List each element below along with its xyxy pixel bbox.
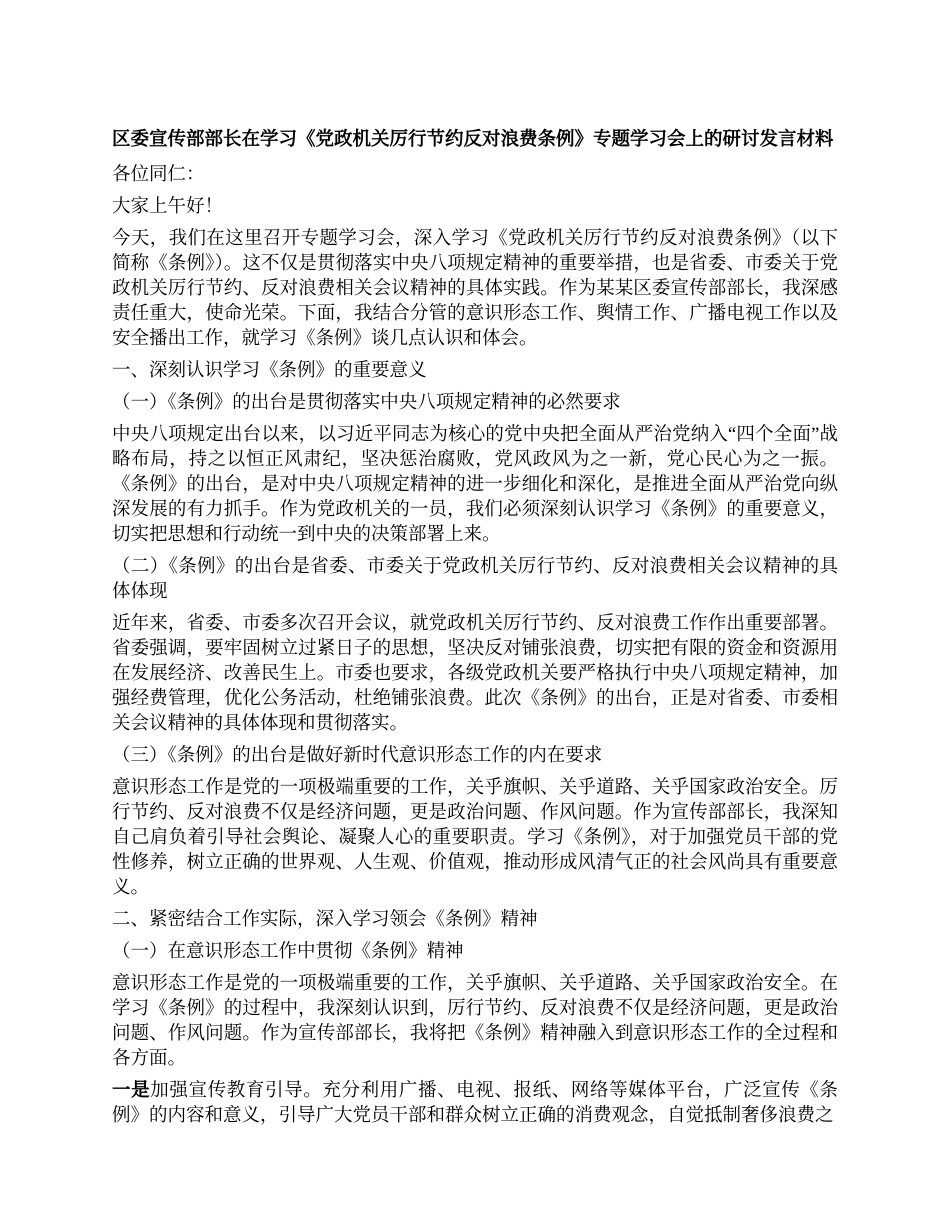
- document-page: 区委宣传部部长在学习《党政机关厉行节约反对浪费条例》专题学习会上的研讨发言材料 …: [0, 0, 950, 1230]
- point1-text: 加强宣传教育引导。充分利用广播、电视、报纸、网络等媒体平台，广泛宣传《条例》的内…: [112, 1081, 838, 1126]
- greeting: 大家上午好！: [112, 195, 838, 220]
- section2-heading: 二、紧密结合工作实际，深入学习领会《条例》精神: [112, 908, 838, 933]
- section2-sub1-heading: （一）在意识形态工作中贯彻《条例》精神: [112, 940, 838, 965]
- section1-sub2-paragraph: 近年来，省委、市委多次召开会议，就党政机关厉行节约、反对浪费工作作出重要部署。省…: [112, 612, 838, 737]
- section1-sub1-paragraph: 中央八项规定出台以来，以习近平同志为核心的党中央把全面从严治党纳入“四个全面”战…: [112, 423, 838, 548]
- salutation: 各位同仁：: [112, 163, 838, 188]
- section2-sub1-paragraph: 意识形态工作是党的一项极端重要的工作，关乎旗帜、关乎道路、关乎国家政治安全。在学…: [112, 972, 838, 1072]
- document-title: 区委宣传部部长在学习《党政机关厉行节约反对浪费条例》专题学习会上的研讨发言材料: [112, 128, 838, 153]
- section1-heading: 一、深刻认识学习《条例》的重要意义: [112, 359, 838, 384]
- point1-lead: 一是: [112, 1081, 150, 1101]
- section1-sub2-heading: （二）《条例》的出台是省委、市委关于党政机关厉行节约、反对浪费相关会议精神的具体…: [112, 555, 838, 605]
- section1-sub3-paragraph: 意识形态工作是党的一项极端重要的工作，关乎旗帜、关乎道路、关乎国家政治安全。厉行…: [112, 776, 838, 901]
- intro-paragraph: 今天，我们在这里召开专题学习会，深入学习《党政机关厉行节约反对浪费条例》（以下简…: [112, 227, 838, 352]
- section2-point1-paragraph: 一是加强宣传教育引导。充分利用广播、电视、报纸、网络等媒体平台，广泛宣传《条例》…: [112, 1079, 838, 1129]
- section1-sub3-heading: （三）《条例》的出台是做好新时代意识形态工作的内在要求: [112, 744, 838, 769]
- document-body: 区委宣传部部长在学习《党政机关厉行节约反对浪费条例》专题学习会上的研讨发言材料 …: [112, 128, 838, 1129]
- section1-sub1-heading: （一）《条例》的出台是贯彻落实中央八项规定精神的必然要求: [112, 391, 838, 416]
